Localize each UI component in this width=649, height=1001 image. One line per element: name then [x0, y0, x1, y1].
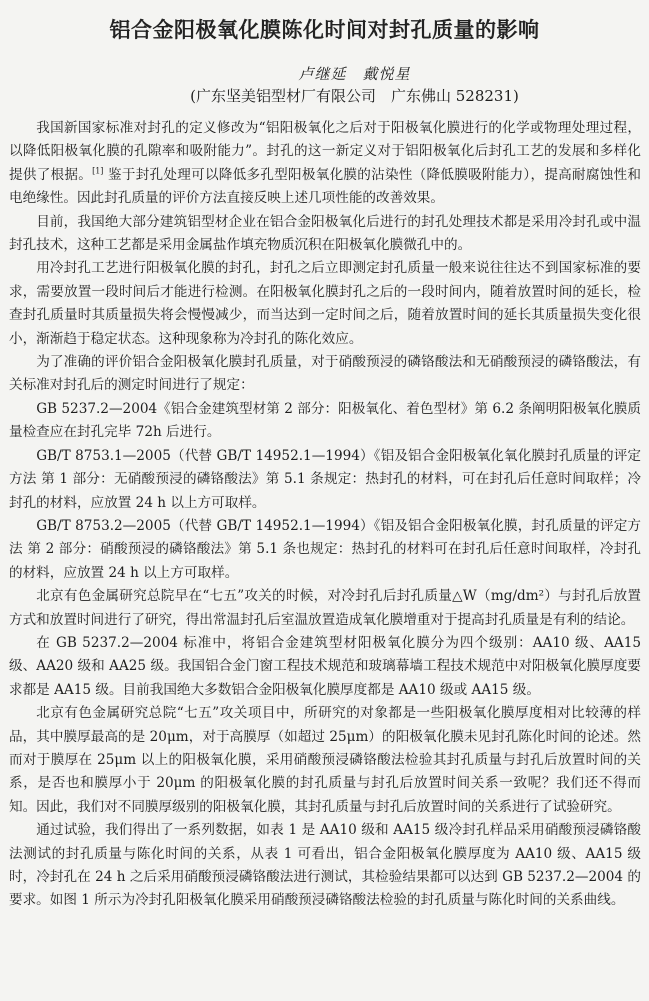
- paragraph-gbt8753-2: GB/T 8753.2—2005（代替 GB/T 14952.1—1994）《铝…: [9, 515, 641, 585]
- paper-title: 铝合金阳极氧化膜陈化时间对封孔质量的影响: [0, 14, 649, 44]
- paragraph-film-grades: 在 GB 5237.2—2004 标准中，将铝合金建筑型材阳极氧化膜分为四个级别…: [9, 632, 641, 702]
- paragraph-thickness-question: 北京有色金属研究总院“七五”攻关项目中，所研究的对象都是一些阳极氧化膜厚度相对比…: [9, 702, 641, 819]
- paragraph-test-results: 通过试验，我们得出了一系列数据，如表 1 是 AA10 级和 AA15 级冷封孔…: [9, 819, 641, 913]
- paragraph-beijing-research: 北京有色金属研究总院早在“七五”攻关的时候，对冷封孔后封孔质量△W（mg/dm²…: [9, 585, 641, 632]
- paragraph-standards-intro: 为了准确的评价铝合金阳极氧化膜封孔质量，对于硝酸预浸的磷铬酸法和无硝酸预浸的磷铬…: [9, 351, 641, 398]
- paper-body: 我国新国家标准对封孔的定义修改为“铝阳极氧化之后对于阳极氧化膜进行的化学或物理处…: [9, 117, 641, 913]
- paragraph-gb5237: GB 5237.2—2004《铝合金建筑型材第 2 部分：阳极氧化、着色型材》第…: [9, 398, 641, 445]
- paper-page: 铝合金阳极氧化膜陈化时间对封孔质量的影响 卢继延 戴悦星 (广东坚美铝型材厂有限…: [0, 0, 649, 1001]
- paragraph-current-practice: 目前，我国绝大部分建筑铝型材企业在铝合金阳极氧化后进行的封孔处理技术都是采用冷封…: [9, 211, 641, 258]
- paragraph-sealing-definition: 我国新国家标准对封孔的定义修改为“铝阳极氧化之后对于阳极氧化膜进行的化学或物理处…: [9, 117, 641, 211]
- paper-affiliation: (广东坚美铝型材厂有限公司 广东佛山 528231): [0, 85, 649, 106]
- citation-ref: [1]: [92, 166, 103, 175]
- paragraph-aging-effect: 用冷封孔工艺进行阳极氧化膜的封孔，封孔之后立即测定封孔质量一般来说往往达不到国家…: [9, 257, 641, 351]
- paragraph-text: 鉴于封孔处理可以降低多孔型阳极氧化膜的沾染性（降低膜吸附能力），提高耐腐蚀性和电…: [9, 167, 641, 206]
- paper-authors: 卢继延 戴悦星: [0, 63, 649, 84]
- paragraph-gbt8753-1: GB/T 8753.1—2005（代替 GB/T 14952.1—1994）《铝…: [9, 445, 641, 515]
